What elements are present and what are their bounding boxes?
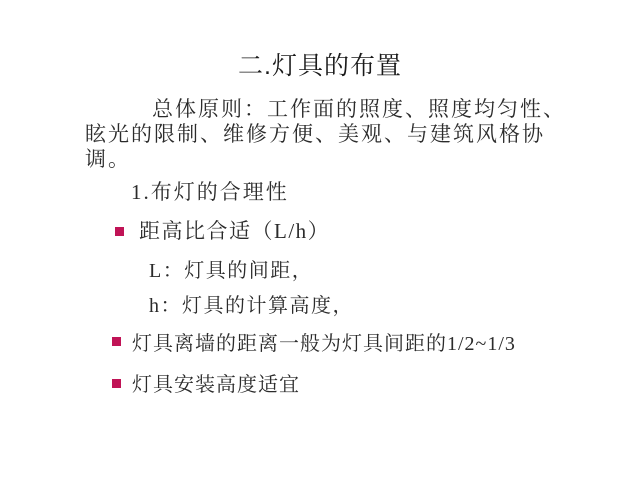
principle-line-3: 调。 <box>85 146 131 172</box>
bullet-item: 灯具离墙的距离一般为灯具间距的1/2~1/3 <box>132 331 516 357</box>
bullet-item: 距高比合适（L/h） <box>139 218 330 244</box>
definition-spacing: L：灯具的间距， <box>149 258 313 284</box>
bullet-item: 灯具安装高度适宜 <box>132 372 300 398</box>
definition-height: h：灯具的计算高度， <box>149 293 354 319</box>
principle-line-1: 总体原则：工作面的照度、照度均匀性、 <box>152 96 566 122</box>
principle-line-2: 眩光的限制、维修方便、美观、与建筑风格协 <box>85 121 545 147</box>
bullet-square-icon <box>115 227 124 236</box>
slide: 二.灯具的布置 总体原则：工作面的照度、照度均匀性、 眩光的限制、维修方便、美观… <box>0 0 640 480</box>
subheading: 1.布灯的合理性 <box>131 179 289 205</box>
slide-title: 二.灯具的布置 <box>0 46 640 82</box>
bullet-square-icon <box>112 337 121 346</box>
bullet-square-icon <box>112 379 121 388</box>
